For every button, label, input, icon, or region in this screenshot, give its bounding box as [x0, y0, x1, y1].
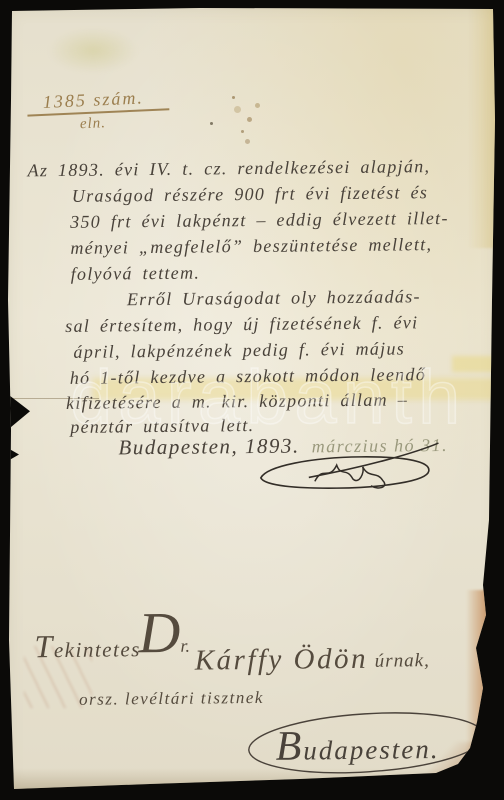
address-salutation: Tekintetes	[34, 627, 141, 665]
body-line: Erről Uraságodat oly hozzáadás-	[127, 286, 421, 311]
handwriting-layer: 1385 szám. eln. Az 1893. évi IV. t. cz. …	[0, 0, 504, 800]
letter-paper: 1385 szám. eln. Az 1893. évi IV. t. cz. …	[0, 0, 504, 800]
reference-subnumber: eln.	[80, 116, 107, 132]
address-title: Dr.	[138, 607, 190, 660]
address-city: Budapesten.	[275, 720, 439, 772]
address-name: Kárffy Ödön	[195, 643, 369, 678]
body-line: 350 frt évi lakpénzt – eddig élvezett il…	[70, 208, 449, 234]
address-role: orsz. levéltári tisztnek	[79, 688, 264, 710]
signature-flourish-icon	[250, 438, 443, 496]
body-line: sal értesítem, hogy új fizetésének f. év…	[65, 312, 418, 337]
body-line: Uraságod részére 900 frt évi fizetést és	[72, 182, 429, 207]
city-flourish-group: Budapesten.	[241, 697, 494, 782]
body-line: folyóvá tettem.	[71, 263, 201, 286]
body-line: ményei „megfelelő” beszüntetése mellett,	[70, 234, 432, 259]
body-line: kifizetésére a m. kir. központi állam –	[66, 389, 408, 414]
reference-number: 1385 szám.	[42, 88, 144, 111]
body-line: ápril, lakpénzének pedig f. évi május	[73, 338, 405, 363]
photo-background: 1385 szám. eln. Az 1893. évi IV. t. cz. …	[0, 0, 504, 800]
address-honorific: úrnak,	[375, 650, 430, 673]
body-line: hó 1-től kezdve a szokott módon leendő	[70, 364, 427, 389]
body-line: Az 1893. évi IV. t. cz. rendelkezései al…	[27, 156, 430, 182]
